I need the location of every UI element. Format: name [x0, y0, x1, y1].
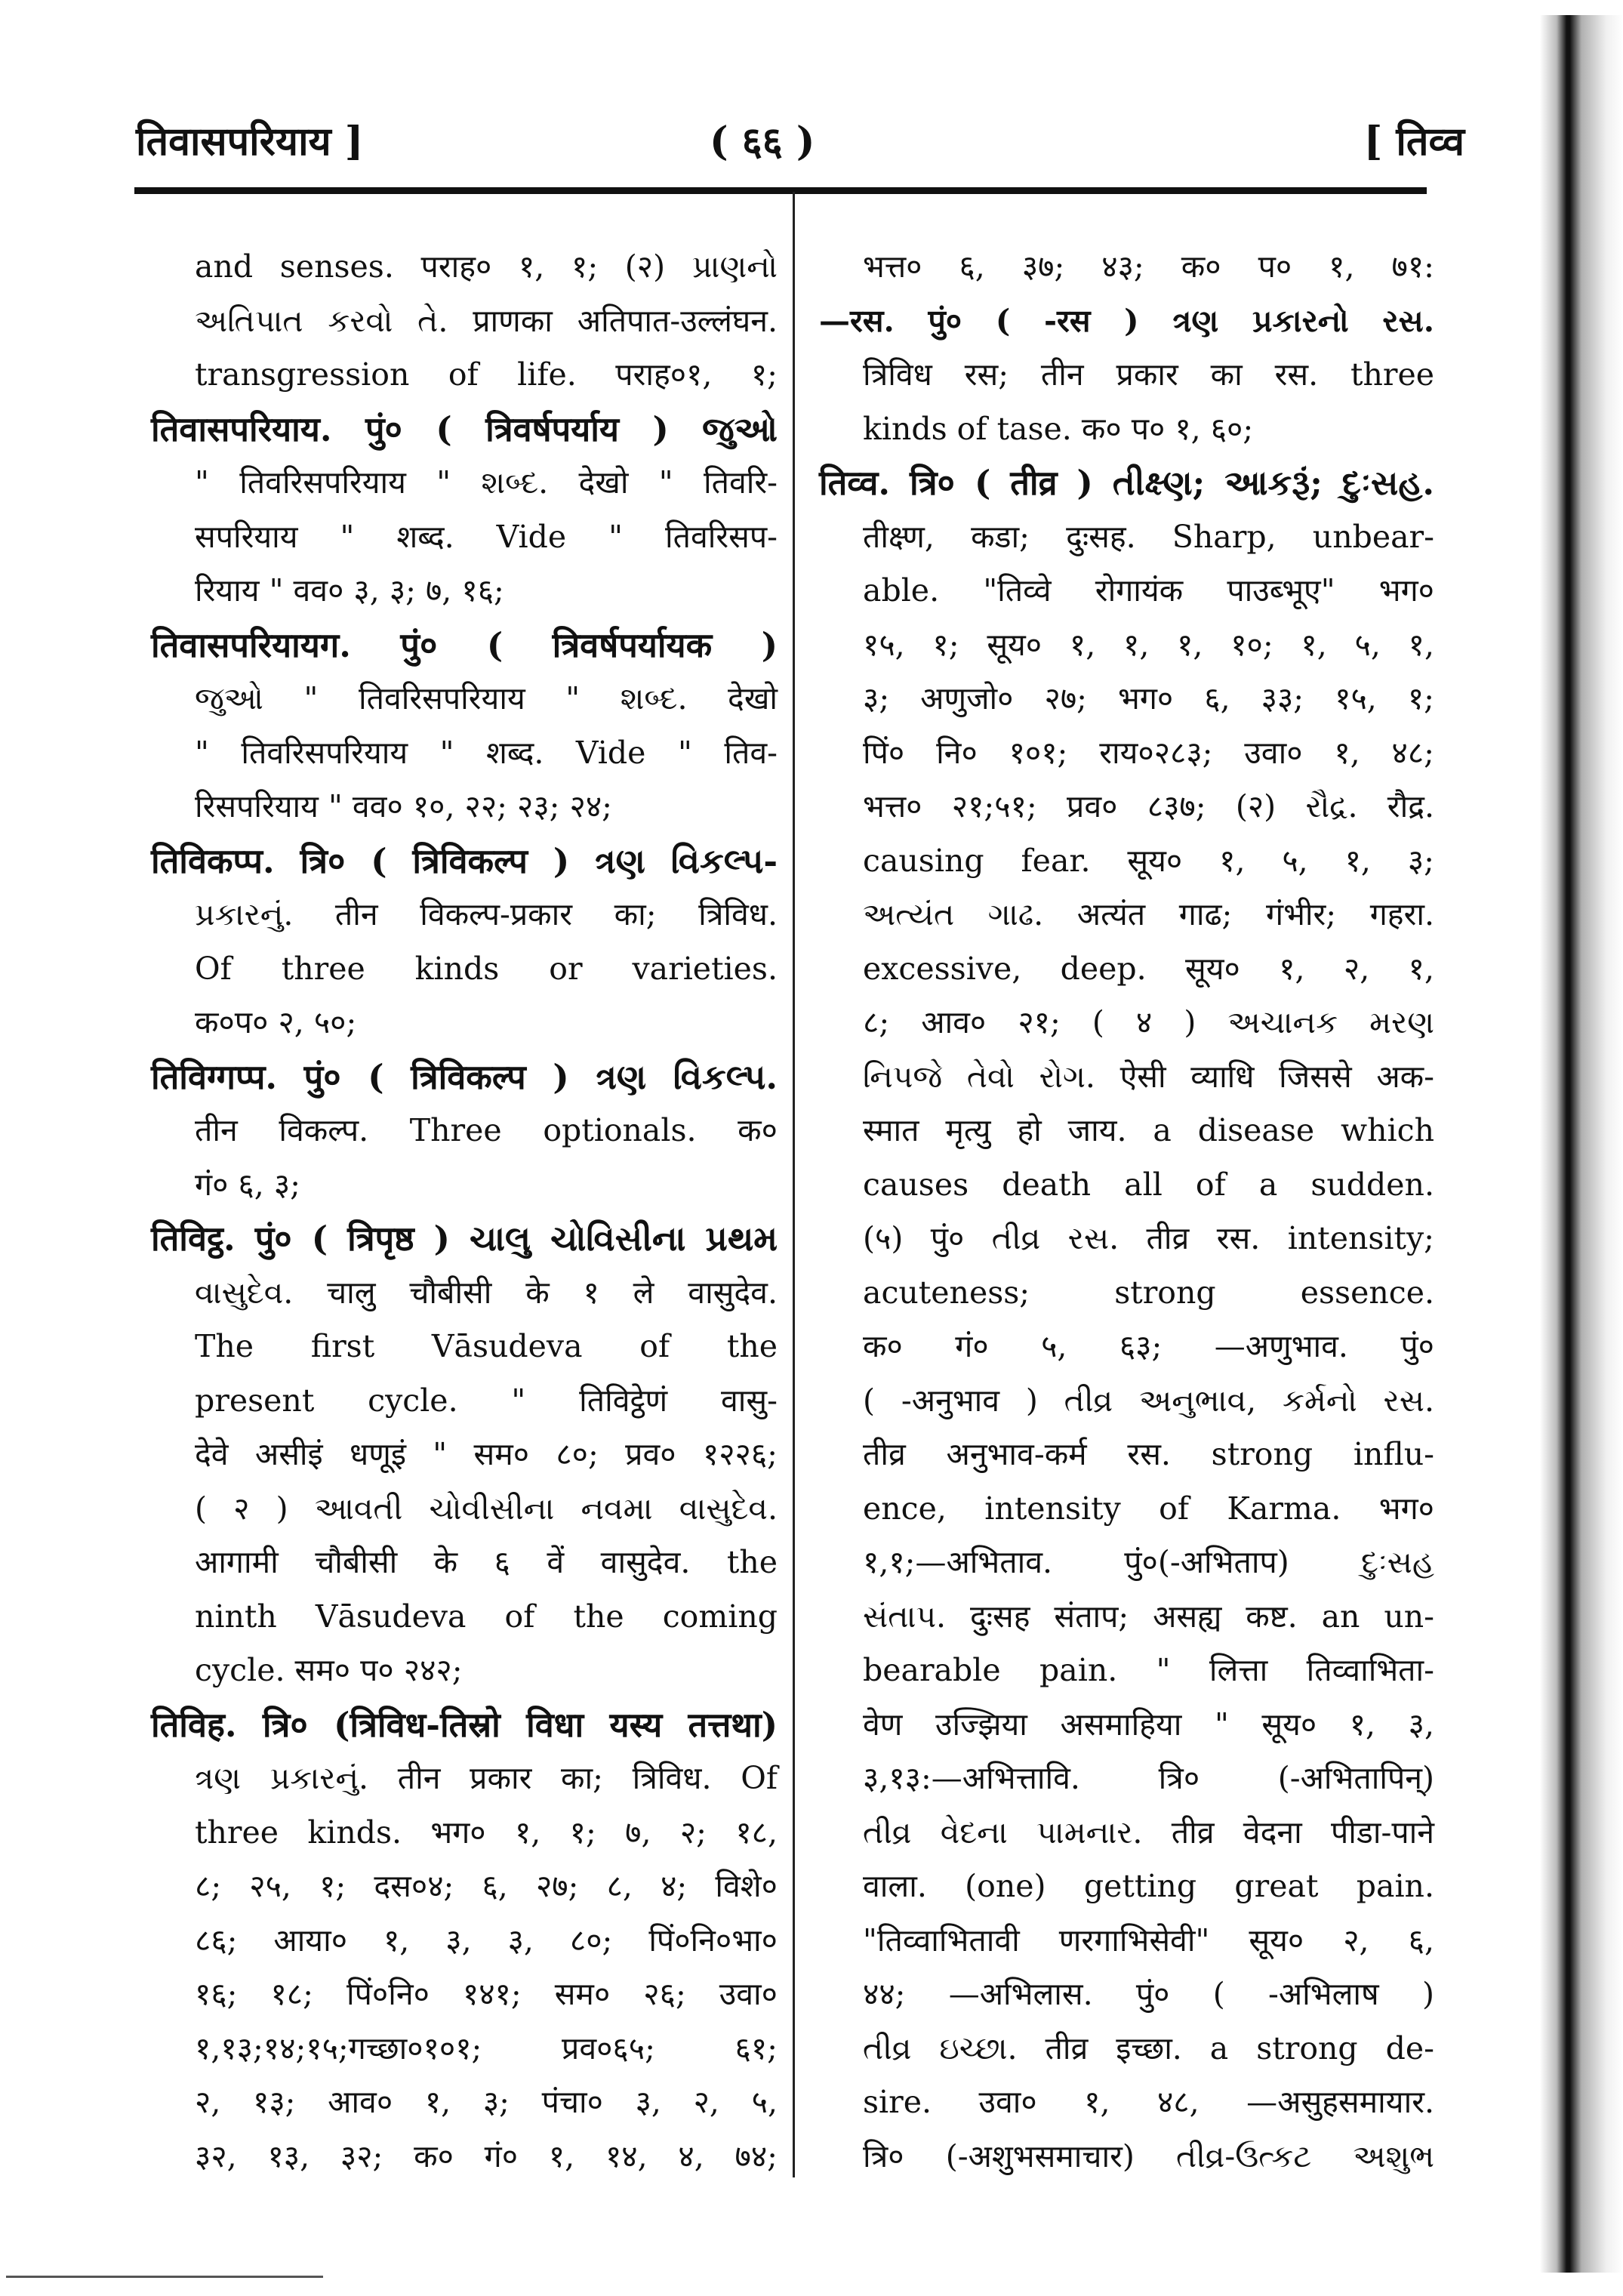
- dictionary-page: तिवासपरियाय ] ( ६६ ) [ तिव्व and senses.…: [0, 0, 1623, 2296]
- text-line: १५, १; सूय० १, १, १, १०; १, ५, १,: [819, 618, 1434, 673]
- text-line: २, १३; आव० १, ३; पंचा० ३, २, ५,: [151, 2076, 778, 2130]
- text-line: सपरियाय " शब्द. Vide " तिवरिसप-: [151, 510, 778, 565]
- text-line: वाला. (one) getting great pain.: [819, 1860, 1434, 1914]
- right-column: भत्त० ६, ३७; ४३; क० प० १, ७१: —रस. पुं० …: [819, 240, 1434, 2184]
- text-line: ( -अनुभाव ) તીવ્ર અનુભાવ, કર્મનો રસ.: [819, 1374, 1434, 1428]
- text-line: and senses. पराह० १, १; (२) પ્રાણનો: [151, 240, 778, 294]
- entry-headword-line: तिविकप्प. त्रि० ( त्रिविकल्प ) ત્રણ વિકલ…: [151, 834, 778, 889]
- text-line: પ્રકારનું. तीन विकल्प-प्रकार का; त्रिविध…: [151, 888, 778, 942]
- text-line: पिं० नि० १०१; राय०२८३; उवा० १, ४८;: [819, 726, 1434, 781]
- text-line: causes death all of a sudden.: [819, 1158, 1434, 1213]
- text-line: गं० ६, ३;: [151, 1158, 778, 1213]
- entry-headword-line: तिवासपरियाय. पुं० ( त्रिवर्षपर्याय ) જુઓ: [151, 402, 778, 457]
- text-line: तीव्र अनुभाव-कर्म रस. strong influ-: [819, 1428, 1434, 1482]
- text-line: able. "तिव्वे रोगायंक पाउब्भूए" भग०: [819, 564, 1434, 618]
- text-line: स्मात मृत्यु हो जाय. a disease which: [819, 1104, 1434, 1158]
- text-line: The first Vāsudeva of the: [151, 1320, 778, 1374]
- text-line: તીવ્ર વેદના પામનાર. तीव्र वेदना पीडा-पान…: [819, 1806, 1434, 1860]
- text-line: " तिवरिसपरियाय " શબ્દ. देखो " तिवरि-: [151, 456, 778, 510]
- text-line: तीन विकल्प. Three optionals. क०: [151, 1104, 778, 1158]
- text-line: જુઓ " तिवरिसपरियाय " શબ્દ. देखो: [151, 672, 778, 726]
- text-line: रियाय " वव० ३, ३; ७, १६;: [151, 564, 778, 618]
- text-line: रिसपरियाय " वव० १०, २२; २३; २४;: [151, 780, 778, 834]
- text-line: causing fear. सूय० १, ५, १, ३;: [819, 834, 1434, 889]
- entry-headword-line: तिवासपरियायग. पुं० ( त्रिवर्षपर्यायक ): [151, 618, 778, 673]
- text-line: અત્યંત ગાઢ. अत्यंत गाढ; गंभीर; गहरा.: [819, 888, 1434, 942]
- text-line: १,१;—अभिताव. पुं०(-अभिताप) દુઃસહ: [819, 1536, 1434, 1590]
- entry-headword-line: तिव्व. त्रि० ( तीव्र ) તીક્ષ્ણ; આકરૂં; દ…: [819, 456, 1434, 510]
- text-line: "तिव्वाभितावी णरगाभिसेवी" सूय० २, ६,: [819, 1914, 1434, 1968]
- text-line: ८; आव० २१; ( ४ ) અચાનક મરણ: [819, 996, 1434, 1050]
- text-line: " तिवरिसपरियाय " शब्द. Vide " तिव-: [151, 726, 778, 781]
- text-line: भत्त० ६, ३७; ४३; क० प० १, ७१:: [819, 240, 1434, 294]
- text-line: त्रिविध रस; तीन प्रकार का रस. three: [819, 348, 1434, 402]
- text-line: bearable pain. " लित्ता तिव्वाभिता-: [819, 1644, 1434, 1698]
- right-guideword: [ तिव्व: [1364, 113, 1464, 167]
- text-line: ( २ ) આવતી ચોવીસીના નવમા વાસુદેવ.: [151, 1482, 778, 1536]
- text-line: Of three kinds or varieties.: [151, 942, 778, 997]
- text-line: excessive, deep. सूय० १, २, १,: [819, 942, 1434, 997]
- text-line: भत्त० २१;५१; प्रव० ८३७; (२) રૌદ્ર. रौद्र…: [819, 780, 1434, 834]
- left-column: and senses. पराह० १, १; (२) પ્રાણનો અતિપ…: [151, 240, 778, 2184]
- scan-edge-mark: [6, 2276, 323, 2278]
- text-line: નિપજે તેવો રોગ. ऐसी व्याधि जिससे अक-: [819, 1050, 1434, 1105]
- text-line: ninth Vāsudeva of the coming: [151, 1590, 778, 1644]
- text-line: present cycle. " तिविट्ठेणं वासु-: [151, 1374, 778, 1428]
- left-guideword: तिवासपरियाय ]: [136, 113, 363, 167]
- column-divider: [793, 192, 795, 2177]
- text-line: cycle. सम० प० २४२;: [151, 1644, 778, 1698]
- text-line: acuteness; strong essence.: [819, 1266, 1434, 1321]
- text-line: त्रि० (-अशुभसमाचार) તીવ્ર-ઉત્કટ અશુભ: [819, 2130, 1434, 2184]
- text-line: transgression of life. पराह०१, १;: [151, 348, 778, 402]
- text-line: तीक्ष्ण, कडा; दुःसह. Sharp, unbear-: [819, 510, 1434, 565]
- text-line: १,१३;१४;१५;गच्छा०१०१; प्रव०६५; ६१;: [151, 2022, 778, 2076]
- text-line: ३२, १३, ३२; क० गं० १, १४, ४, ७४;: [151, 2130, 778, 2184]
- text-line: (५) पुं० તીવ્ર રસ. तीव्र रस. intensity;: [819, 1212, 1434, 1266]
- text-line: १६; १८; पिं०नि० १४१; सम० २६; उवा०: [151, 1968, 778, 2022]
- text-line: sire. उवा० १, ४८, —असुहसमायार.: [819, 2076, 1434, 2130]
- scan-binding-shadow: [1540, 15, 1623, 2273]
- text-line: ३; अणुजो० २७; भग० ६, ३३; १५, १;: [819, 672, 1434, 726]
- entry-headword-line: तिविह. त्रि० (त्रिविध-तिस्रो विधा यस्य त…: [151, 1698, 778, 1752]
- text-line: વાસુદેવ. चालु चौबीसी के १ ले वासुदेव.: [151, 1266, 778, 1321]
- page-number: ( ६६ ): [710, 113, 815, 167]
- entry-headword-line: तिविग्गप्प. पुं० ( त्रिविकल्प ) ત્રણ વિક…: [151, 1050, 778, 1105]
- text-line: ४४; —अभिलास. पुं० ( -अभिलाष ): [819, 1968, 1434, 2022]
- text-line: देवे असीइं धणूइं " सम० ८०; प्रव० १२२६;: [151, 1428, 778, 1482]
- text-line: ence, intensity of Karma. भग०: [819, 1482, 1434, 1536]
- text-line: અતિપાત કરવો તે. प्राणका अतिपात-उल्लंघन.: [151, 294, 778, 349]
- header-rule: [134, 187, 1427, 194]
- running-header: तिवासपरियाय ] ( ६६ ) [ तिव्व: [136, 113, 1434, 174]
- text-line: kinds of tase. क० प० १, ६०;: [819, 402, 1434, 457]
- text-line: क०प० २, ५०;: [151, 996, 778, 1050]
- text-line: आगामी चौबीसी के ६ वें वासुदेव. the: [151, 1536, 778, 1590]
- text-line: સંતાપ. दुःसह संताप; असह्य कष्ट. an un-: [819, 1590, 1434, 1644]
- text-line: क० गं० ५, ६३; —अणुभाव. पुं०: [819, 1320, 1434, 1374]
- text-line: ८; २५, १; दस०४; ६, २७; ८, ४; विशे०: [151, 1860, 778, 1914]
- text-line: ८६; आया० १, ३, ३, ८०; पिं०नि०भा०: [151, 1914, 778, 1968]
- text-line: ३,१३:—अभित्तावि. त्रि० (-अभितापिन्): [819, 1752, 1434, 1806]
- entry-headword-line: तिविट्ठ. पुं० ( त्रिपृष्ठ ) ચાલુ ચોવિસીન…: [151, 1212, 778, 1266]
- sub-entry-line: —रस. पुं० ( -रस ) ત્રણ પ્રકારનો રસ.: [819, 294, 1434, 349]
- text-line: તીવ્ર ઇચ્છા. तीव्र इच्छा. a strong de-: [819, 2022, 1434, 2076]
- text-line: वेण उज्झिया असमाहिया " सूय० १, ३,: [819, 1698, 1434, 1752]
- text-line: ત્રણ પ્રકારનું. तीन प्रकार का; त्रिविध. …: [151, 1752, 778, 1806]
- text-line: three kinds. भग० १, १; ७, २; १८,: [151, 1806, 778, 1860]
